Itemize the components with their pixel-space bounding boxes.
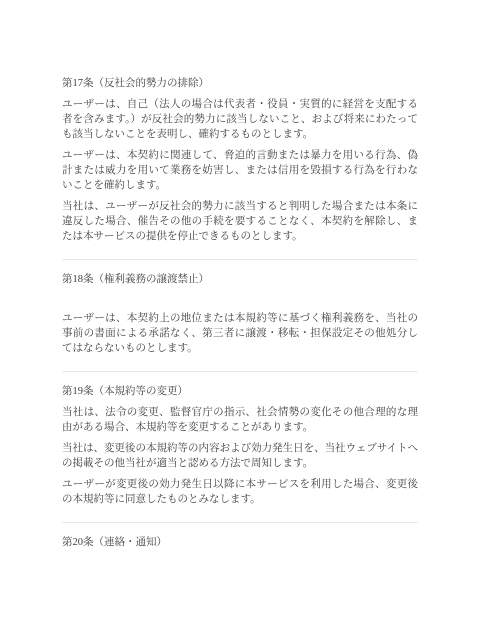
- article-heading: 第20条（連絡・通知）: [62, 535, 418, 550]
- article-paragraph: 当社は、変更後の本規約等の内容および効力発生日を、当社ウェブサイトへの掲載その他…: [62, 441, 418, 471]
- article-paragraph: ユーザーは、自己（法人の場合は代表者・役員・実質的に経営を支配する者を含みます。…: [62, 97, 418, 142]
- article-heading: 第19条（本規約等の変更）: [62, 384, 418, 399]
- article-section: 第18条（権利義務の譲渡禁止）ユーザーは、本契約上の地位または本規約等に基づく権…: [62, 259, 418, 356]
- article-section: 第19条（本規約等の変更）当社は、法令の変更、監督官庁の指示、社会情勢の変化その…: [62, 371, 418, 507]
- blank-line: [62, 293, 418, 305]
- article-paragraph: ユーザーは、本契約上の地位または本規約等に基づく権利義務を、当社の事前の書面によ…: [62, 311, 418, 356]
- article-paragraph: ユーザーは、本契約に関連して、脅迫的言動または暴力を用いる行為、偽計または威力を…: [62, 148, 418, 193]
- document-page: 第17条（反社会的勢力の排除）ユーザーは、自己（法人の場合は代表者・役員・実質的…: [0, 0, 480, 621]
- article-paragraph: 当社は、ユーザーが反社会的勢力に該当すると判明した場合または本条に違反した場合、…: [62, 199, 418, 244]
- article-heading: 第17条（反社会的勢力の排除）: [62, 76, 418, 91]
- article-paragraph: ユーザーが変更後の効力発生日以降に本サービスを利用した場合、変更後の本規約等に同…: [62, 477, 418, 507]
- article-heading: 第18条（権利義務の譲渡禁止）: [62, 272, 418, 287]
- article-paragraph: 当社は、法令の変更、監督官庁の指示、社会情勢の変化その他合理的な理由がある場合、…: [62, 405, 418, 435]
- article-section: 第20条（連絡・通知）: [62, 522, 418, 550]
- article-section: 第17条（反社会的勢力の排除）ユーザーは、自己（法人の場合は代表者・役員・実質的…: [62, 76, 418, 244]
